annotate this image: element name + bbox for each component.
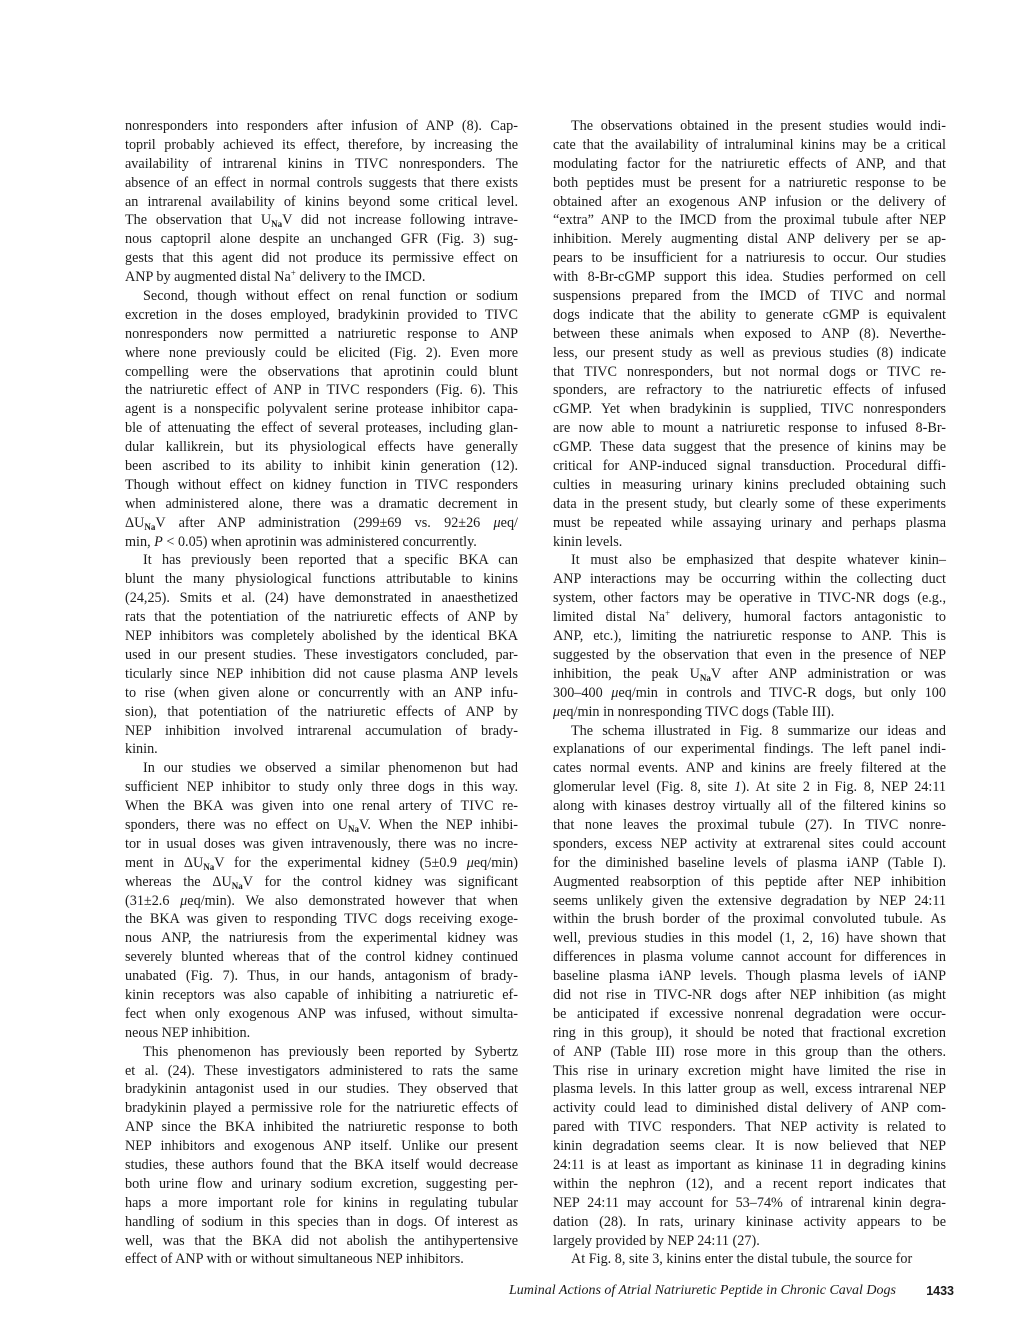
text-line: baseline plasma iANP levels. Though plas…: [553, 967, 946, 986]
text-line: NEP inhibition involved intrarenal accum…: [125, 722, 518, 741]
text-line: limited distal Na+ delivery, humoral fac…: [553, 608, 946, 627]
running-title: Luminal Actions of Atrial Natriuretic Pe…: [509, 1283, 896, 1299]
text-line: blunt the many physiological functions a…: [125, 570, 518, 589]
left-text-column: nonresponders into responders after infu…: [125, 117, 518, 1269]
text-line: When the BKA was given into one renal ar…: [125, 797, 518, 816]
text-line: (31±2.6 μeq/min). We also demonstrated h…: [125, 892, 518, 911]
text-line: dular kallikrein, but its physiological …: [125, 438, 518, 457]
text-line: suspensions prepared from the IMCD of TI…: [553, 287, 946, 306]
text-line: sponders, are refractory to the natriure…: [553, 381, 946, 400]
text-line: haps a more important role for kinins in…: [125, 1194, 518, 1213]
text-line: 300–400 μeq/min in controls and TIVC-R d…: [553, 684, 946, 703]
text-line: suggested by the observation that even i…: [553, 646, 946, 665]
text-line: The schema illustrated in Fig. 8 summari…: [553, 722, 946, 741]
text-line: cates normal events. ANP and kinins are …: [553, 759, 946, 778]
text-line: both urine flow and urinary sodium excre…: [125, 1175, 518, 1194]
text-line: min, P < 0.05) when aprotinin was admini…: [125, 533, 518, 552]
text-line: within the nephron (12), and a recent re…: [553, 1175, 946, 1194]
right-text-column: The observations obtained in the present…: [553, 117, 946, 1269]
text-line: The observation that UNaV did not increa…: [125, 211, 518, 230]
text-line: been ascribed to its ability to inhibit …: [125, 457, 518, 476]
text-line: used in our present studies. These inves…: [125, 646, 518, 665]
text-line: less, our present study as well as previ…: [553, 344, 946, 363]
text-line: NEP inhibitors and exogenous ANP itself.…: [125, 1137, 518, 1156]
text-line: tor in usual doses was given intravenous…: [125, 835, 518, 854]
page-number: 1433: [926, 1284, 954, 1298]
text-line: obtained after an exogenous ANP infusion…: [553, 193, 946, 212]
text-line: inhibition. Merely augmenting distal ANP…: [553, 230, 946, 249]
text-line: cate that the availability of intralumin…: [553, 136, 946, 155]
text-line: culties in measuring urinary kinins prec…: [553, 476, 946, 495]
text-line: largely provided by NEP 24:11 (27).: [553, 1232, 946, 1251]
text-line: between these animals when exposed to AN…: [553, 325, 946, 344]
text-line: ΔUNaV after ANP administration (299±69 v…: [125, 514, 518, 533]
text-line: 24:11 is at least as important as kinina…: [553, 1156, 946, 1175]
text-line: fect when only exogenous ANP was infused…: [125, 1005, 518, 1024]
text-line: NEP inhibitors was completely abolished …: [125, 627, 518, 646]
text-line: NEP 24:11 may account for 53–74% of intr…: [553, 1194, 946, 1213]
text-line: studies, these authors found that the BK…: [125, 1156, 518, 1175]
text-line: data in the present study, but clearly s…: [553, 495, 946, 514]
text-line: with 8-Br-cGMP support this idea. Studie…: [553, 268, 946, 287]
text-line: glomerular level (Fig. 8, site 1). At si…: [553, 778, 946, 797]
text-line: when administered alone, there was a dra…: [125, 495, 518, 514]
text-line: This phenomenon has previously been repo…: [125, 1043, 518, 1062]
text-line: differences in plasma volume cannot acco…: [553, 948, 946, 967]
text-line: Though without effect on kidney function…: [125, 476, 518, 495]
text-line: ring in this group), it should be noted …: [553, 1024, 946, 1043]
text-line: In our studies we observed a similar phe…: [125, 759, 518, 778]
text-line: et al. (24). These investigators adminis…: [125, 1062, 518, 1081]
text-line: plasma levels. In this latter group as w…: [553, 1080, 946, 1099]
text-line: availability of intrarenal kinins in TIV…: [125, 155, 518, 174]
text-line: ANP, etc.), limiting the natriuretic res…: [553, 627, 946, 646]
text-line: handling of sodium in this species than …: [125, 1213, 518, 1232]
text-line: kinin receptors was also capable of inhi…: [125, 986, 518, 1005]
text-line: “extra” ANP to the IMCD from the proxima…: [553, 211, 946, 230]
text-line: kinin.: [125, 740, 518, 759]
text-line: modulating factor for the natriuretic ef…: [553, 155, 946, 174]
text-line: ble of attenuating the effect of several…: [125, 419, 518, 438]
text-line: pared with TIVC responders. That NEP act…: [553, 1118, 946, 1137]
text-line: (24,25). Smits et al. (24) have demonstr…: [125, 589, 518, 608]
text-line: inhibition, the peak UNaV after ANP admi…: [553, 665, 946, 684]
text-line: whereas the ΔUNaV for the control kidney…: [125, 873, 518, 892]
text-line: be anticipated if excessive nonrenal deg…: [553, 1005, 946, 1024]
text-line: This rise in urinary excretion might hav…: [553, 1062, 946, 1081]
text-line: compelling were the observations that ap…: [125, 363, 518, 382]
text-line: ANP by augmented distal Na+ delivery to …: [125, 268, 518, 287]
text-line: nous captopril alone despite an unchange…: [125, 230, 518, 249]
text-line: kinin levels.: [553, 533, 946, 552]
text-line: critical for ANP-induced signal transduc…: [553, 457, 946, 476]
text-line: dogs indicate that the ability to genera…: [553, 306, 946, 325]
text-line: where none previously could be elicited …: [125, 344, 518, 363]
text-line: nonresponders now permitted a natriureti…: [125, 325, 518, 344]
text-line: pears to be insufficient for a natriures…: [553, 249, 946, 268]
text-line: within the brush border of the proximal …: [553, 910, 946, 929]
text-line: gests that this agent did not produce it…: [125, 249, 518, 268]
text-line: sponders, there was no effect on UNaV. W…: [125, 816, 518, 835]
text-line: that none leaves the proximal tubule (27…: [553, 816, 946, 835]
text-line: along with kinases destroy virtually all…: [553, 797, 946, 816]
text-line: activity could lead to diminished distal…: [553, 1099, 946, 1118]
text-line: of ANP (Table III) rose more in this gro…: [553, 1043, 946, 1062]
text-line: neous NEP inhibition.: [125, 1024, 518, 1043]
text-line: well, was that the BKA did not abolish t…: [125, 1232, 518, 1251]
text-line: bradykinin played a permissive role for …: [125, 1099, 518, 1118]
text-line: kinin degradation seems clear. It is now…: [553, 1137, 946, 1156]
text-line: to rise (when given alone or concurrentl…: [125, 684, 518, 703]
text-line: sufficient NEP inhibitor to study only t…: [125, 778, 518, 797]
text-line: well, previous studies in this model (1,…: [553, 929, 946, 948]
text-line: that TIVC nonresponders, but not normal …: [553, 363, 946, 382]
text-line: It has previously been reported that a s…: [125, 551, 518, 570]
text-line: excretion in the doses employed, bradyki…: [125, 306, 518, 325]
text-line: nonresponders into responders after infu…: [125, 117, 518, 136]
text-line: for the diminished baseline levels of pl…: [553, 854, 946, 873]
text-line: ment in ΔUNaV for the experimental kidne…: [125, 854, 518, 873]
text-line: cGMP. Yet when bradykinin is supplied, T…: [553, 400, 946, 419]
text-line: absence of an effect in normal controls …: [125, 174, 518, 193]
text-line: μeq/min in nonresponding TIVC dogs (Tabl…: [553, 703, 946, 722]
text-line: ANP since the BKA inhibited the natriure…: [125, 1118, 518, 1137]
text-line: effect of ANP with or without simultaneo…: [125, 1250, 518, 1269]
text-line: Second, though without effect on renal f…: [125, 287, 518, 306]
text-line: ticularly since NEP inhibition did not c…: [125, 665, 518, 684]
text-line: rats that the potentiation of the natriu…: [125, 608, 518, 627]
text-line: dation (28). In rats, urinary kininase a…: [553, 1213, 946, 1232]
text-line: nous ANP, the natriuresis from the exper…: [125, 929, 518, 948]
text-line: Augmented reabsorption of this peptide a…: [553, 873, 946, 892]
text-line: cGMP. These data suggest that the presen…: [553, 438, 946, 457]
journal-page: nonresponders into responders after infu…: [0, 0, 1020, 1320]
text-line: severely blunted whereas that of the con…: [125, 948, 518, 967]
text-line: the natriuretic effect of ANP in TIVC re…: [125, 381, 518, 400]
page-footer: Luminal Actions of Atrial Natriuretic Pe…: [500, 1283, 960, 1305]
text-line: ANP interactions may be occurring within…: [553, 570, 946, 589]
text-line: are now able to mount a natriuretic resp…: [553, 419, 946, 438]
text-line: both peptides must be present for a natr…: [553, 174, 946, 193]
text-line: topril probably achieved its effect, the…: [125, 136, 518, 155]
text-line: unabated (Fig. 7). Thus, in our hands, a…: [125, 967, 518, 986]
text-line: sponders, excess NEP activity at extrare…: [553, 835, 946, 854]
text-line: must be repeated while assaying urinary …: [553, 514, 946, 533]
text-line: the BKA was given to responding TIVC dog…: [125, 910, 518, 929]
text-line: agent is a nonspecific polyvalent serine…: [125, 400, 518, 419]
text-line: system, other factors may be operative i…: [553, 589, 946, 608]
text-line: At Fig. 8, site 3, kinins enter the dist…: [553, 1250, 946, 1269]
text-line: bradykinin antagonist used in our studie…: [125, 1080, 518, 1099]
text-line: explanations of our experimental finding…: [553, 740, 946, 759]
text-line: The observations obtained in the present…: [553, 117, 946, 136]
text-line: sion), that potentiation of the natriure…: [125, 703, 518, 722]
text-line: an intrarenal availability of kinins bey…: [125, 193, 518, 212]
text-line: did not rise in TIVC-NR dogs after NEP i…: [553, 986, 946, 1005]
text-line: seems unlikely given the extensive degra…: [553, 892, 946, 911]
text-line: It must also be emphasized that despite …: [553, 551, 946, 570]
